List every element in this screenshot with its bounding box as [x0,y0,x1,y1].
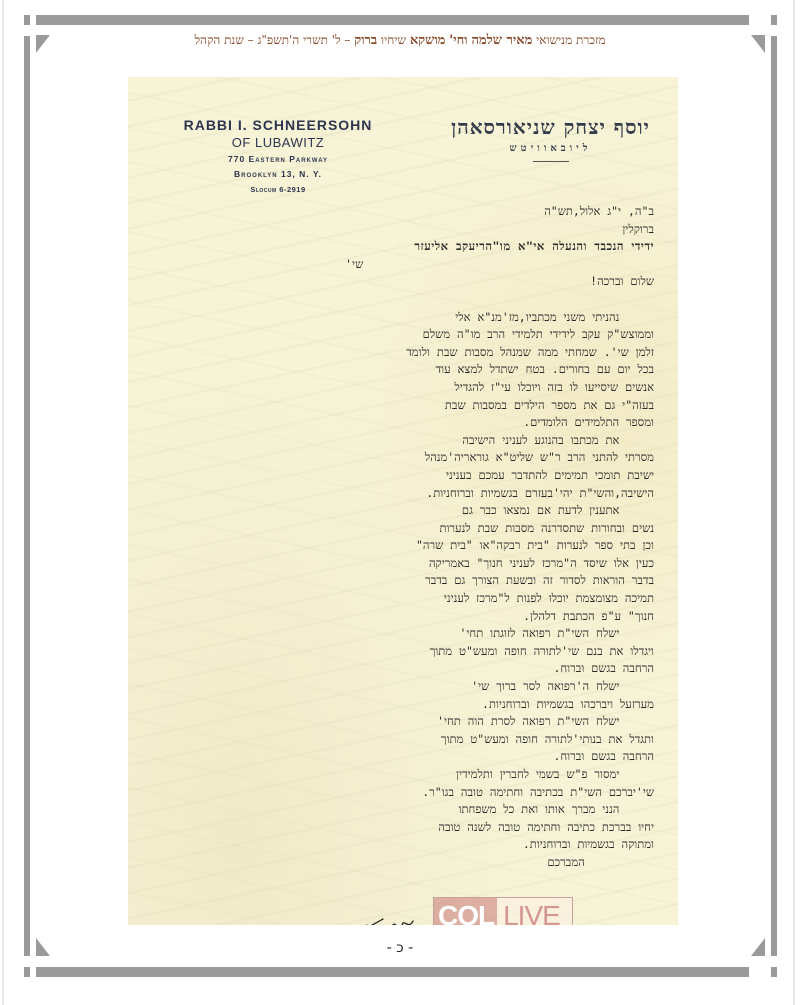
letterhead-of: OF LUBAWITZ [168,135,388,150]
header-part: מזכרת מנישואי [536,33,605,47]
letter-line: ומספר התלמידים הלומדים. [142,414,654,432]
signature-icon [323,899,423,925]
frame-corner-square [771,967,777,977]
letter-line: כעין אלו שיסד ה"מרכז לעניני חנוך" באמריק… [142,555,654,573]
letter-line: שלום וברכה! [142,273,654,291]
frame-corner-triangle-icon [751,35,765,53]
letter-line: תמיכה מצומצמת יוכלו לפנות ל"מרכז לעניני [142,590,654,608]
letter-line [142,291,654,309]
letter-line: מערזעל ויברכהו בגשמיות וברוחניות. [142,696,654,714]
letter-line: בדבר הוראות לסדור זה ובשעת הצורך גם בדבר [142,572,654,590]
letter-line: הנני מברך אותו ואת כל משפחתו [142,801,654,819]
letter-line: ימסור פ"ש בשמי לחברין ותלמידין [142,766,654,784]
letter-line: את מכתבו בהנוגע לעניני הישיבה [142,432,654,450]
letter-line: הרחבה בגשם וברוח. [142,660,654,678]
letter-line: בעזה"י גם את מספר הילדים במסבות שבת [142,397,654,415]
frame-corner-square [24,15,30,25]
letter-line: בכל יום עם בחורים. בטח ישתדל למצא עוד [142,361,654,379]
letter-body: ב"ה, י"ג אלול,תש"הברוקליןידידי הנכבד והנ… [142,203,654,872]
page-header-title: מזכרת מנישואי מאיר שלמה וחי' מושקא שיחיו… [80,32,720,48]
letter-line: יחיו בברכת כתיבה וחתימה טובה לשנה טובה [142,819,654,837]
frame-corner-triangle-icon [751,938,765,956]
letter-line: ישיבת תומכי תמימים להתדבר עמכם בעניני [142,467,654,485]
watermark-live: LIVE [497,898,572,925]
frame-top-bar [36,15,749,25]
letter-line: הישיבה,והשי"ת יהי'בעזרם בגשמיות וברוחניו… [142,485,654,503]
header-groom-name: מאיר שלמה [471,33,532,48]
letter-line: ישלח השי"ת רפואה לזוגתו תחי' [142,625,654,643]
letter-line: ישלח ה'רפואה לסר ברוך שי' [142,678,654,696]
letterhead-hebrew-town: ליובאוויטש [428,143,673,154]
letterhead-hebrew: יוסף יצחק שניאורסאהן ליובאוויטש [428,115,673,162]
letter-line: וממוצש"ק עקב לידידי תלמידי הרב מו"ה משלם [142,326,654,344]
header-part: שיחיו [381,33,406,47]
frame-corner-square [24,967,30,977]
letterhead-english: RABBI I. SCHNEERSOHN OF LUBAWITZ 770 Eas… [168,117,388,194]
letter-line: ותגדל את בנותי'לתורה חופה ומעש"ט מתוך [142,731,654,749]
frame-left-bar [24,36,30,956]
header-part: וחי' [449,33,467,48]
watermark-logo: COL LIVE [433,897,573,925]
letter-line: ידידי הנכבד והנעלה אי"א מו"הריעקב אליעזר [142,238,654,256]
header-date: – ל' תשרי ה'תשפ"ג – שנת הקהל [194,33,350,47]
letter-line: אתענין לדעת אם נמצאו כבר גם [142,502,654,520]
letterhead-divider [533,161,569,162]
watermark-col: COL [434,898,497,925]
frame-right-bar [771,36,777,956]
frame-corner-square [771,15,777,25]
letterhead-address: 770 Eastern Parkway [168,154,388,164]
letterhead-city: Brooklyn 13, N. Y. [168,169,388,179]
letter-line: זלמן שי'. שמחתי ממה שמנהל מסבות שבת ולומ… [142,344,654,362]
letter-line: ומתוקה בגשמיות וברוחניות. [142,836,654,854]
letter-line: מסרתי להתני הרב ר"ש שליט"א גוראריה'מנהל [142,449,654,467]
frame-bottom-bar [36,967,749,977]
letterhead-name: RABBI I. SCHNEERSOHN [168,117,388,133]
page-number: - כ - [360,940,440,956]
letter-line: אנשים שיסייעו לו בזה ויוכלו עי"ז להגדיל [142,379,654,397]
letter-scan: RABBI I. SCHNEERSOHN OF LUBAWITZ 770 Eas… [128,77,678,925]
letter-line: ויגדלו את בנם שי'לתורה חופה ומעש"ט מתוך [142,643,654,661]
letter-line: וכן בתי ספר לנערות "בית רבקה"או "בית שרה… [142,537,654,555]
letter-line: שי' [142,256,654,274]
letterhead-hebrew-name: יוסף יצחק שניאורסאהן [428,115,673,140]
letter-line: נשים ובחורות שתסדרנה מסבות שבת לנערות [142,520,654,538]
letter-line: שי'יברכם השי"ת בכתיבה וחתימה טובה בגו"ר. [142,784,654,802]
header-family-name: ברוק [354,33,377,48]
letter-line: הרחבה בגשם וברוח. [142,748,654,766]
letter-line: ב"ה, י"ג אלול,תש"ה [142,203,654,221]
letter-line: המברכם [142,854,654,872]
letter-line: נהניתי משני מכתביו,מז'מנ"א אלי [142,309,654,327]
frame-corner-triangle-icon [36,938,50,956]
header-bride-name: מושקא [410,33,446,48]
letter-line: ישלח השי"ת רפואה לסרת הוה תחי' [142,713,654,731]
frame-corner-triangle-icon [36,35,50,53]
letterhead-phone: Slocum 6-2919 [168,185,388,194]
letter-line: חנוך" ע"פ הכתבת דלהלן. [142,608,654,626]
letter-line: ברוקלין [142,221,654,239]
